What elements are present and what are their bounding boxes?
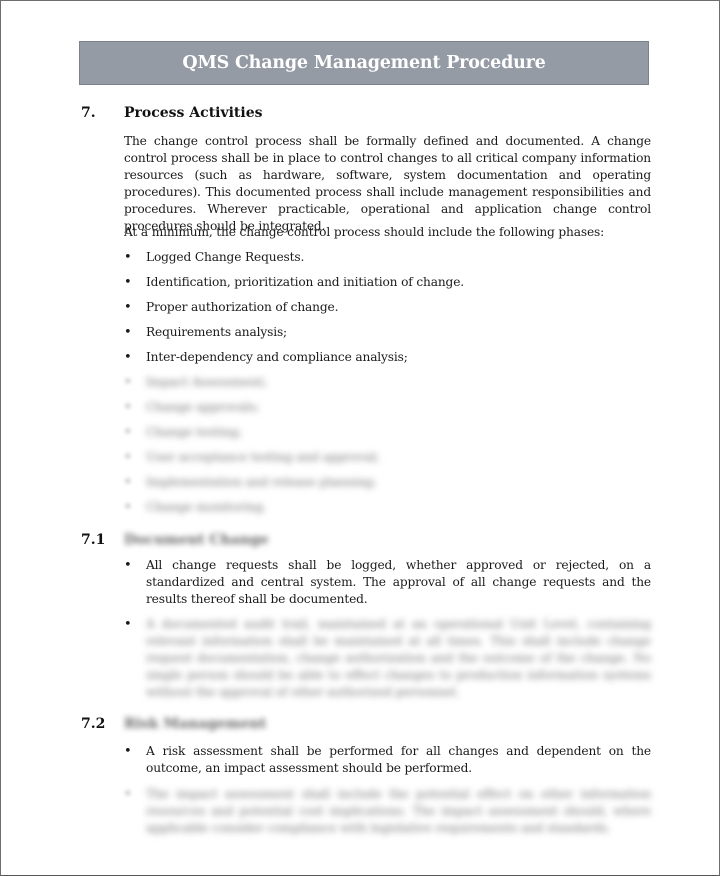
bullet-icon: • [124, 499, 132, 516]
bullet-icon: • [124, 424, 132, 441]
section-title: Document Change [124, 532, 269, 548]
list-item: • Inter-dependency and compliance analys… [124, 349, 651, 366]
list-item: • All change requests shall be logged, w… [124, 557, 651, 608]
blurred-list-item: • Change monitoring. [124, 499, 651, 516]
list-item: • Requirements analysis; [124, 324, 651, 341]
bullet-icon: • [124, 249, 132, 266]
blurred-list-item: • Implementation and release planning; [124, 474, 651, 491]
section-7-paragraph-1: The change control process shall be form… [124, 133, 651, 235]
bullet-icon: • [124, 349, 132, 366]
blurred-list-item: • Impact Assessment; [124, 374, 651, 391]
list-item: • Identification, prioritization and ini… [124, 274, 651, 291]
bullet-icon: • [124, 786, 132, 803]
bullet-icon: • [124, 324, 132, 341]
section-title: Risk Management [124, 716, 266, 732]
section-7-paragraph-2: At a minimum, the change control process… [124, 224, 651, 241]
blurred-list-item: • The impact assessment shall include th… [124, 786, 651, 837]
section-7-2-heading: 7.2Risk Management [81, 716, 266, 732]
bullet-icon: • [124, 449, 132, 466]
bullet-icon: • [124, 557, 132, 574]
document-page: QMS Change Management Procedure 7.Proces… [0, 0, 720, 876]
section-title: Process Activities [124, 105, 263, 121]
bullet-icon: • [124, 374, 132, 391]
blurred-list-item: • A documented audit trail, maintained a… [124, 616, 651, 701]
bullet-icon: • [124, 743, 132, 760]
section-number: 7.1 [81, 532, 124, 548]
section-number: 7. [81, 105, 124, 121]
blurred-list-item: • Change testing; [124, 424, 651, 441]
list-item: • Proper authorization of change. [124, 299, 651, 316]
document-title-bar: QMS Change Management Procedure [79, 41, 649, 85]
bullet-icon: • [124, 299, 132, 316]
document-title: QMS Change Management Procedure [182, 53, 545, 73]
blurred-list-item: • User acceptance testing and approval; [124, 449, 651, 466]
bullet-icon: • [124, 274, 132, 291]
bullet-icon: • [124, 399, 132, 416]
blurred-list-item: • Change approvals; [124, 399, 651, 416]
list-item: • A risk assessment shall be performed f… [124, 743, 651, 777]
list-item: • Logged Change Requests. [124, 249, 651, 266]
section-7-1-heading: 7.1Document Change [81, 532, 269, 548]
bullet-icon: • [124, 474, 132, 491]
section-number: 7.2 [81, 716, 124, 732]
section-7-heading: 7.Process Activities [81, 105, 263, 121]
bullet-icon: • [124, 616, 132, 633]
